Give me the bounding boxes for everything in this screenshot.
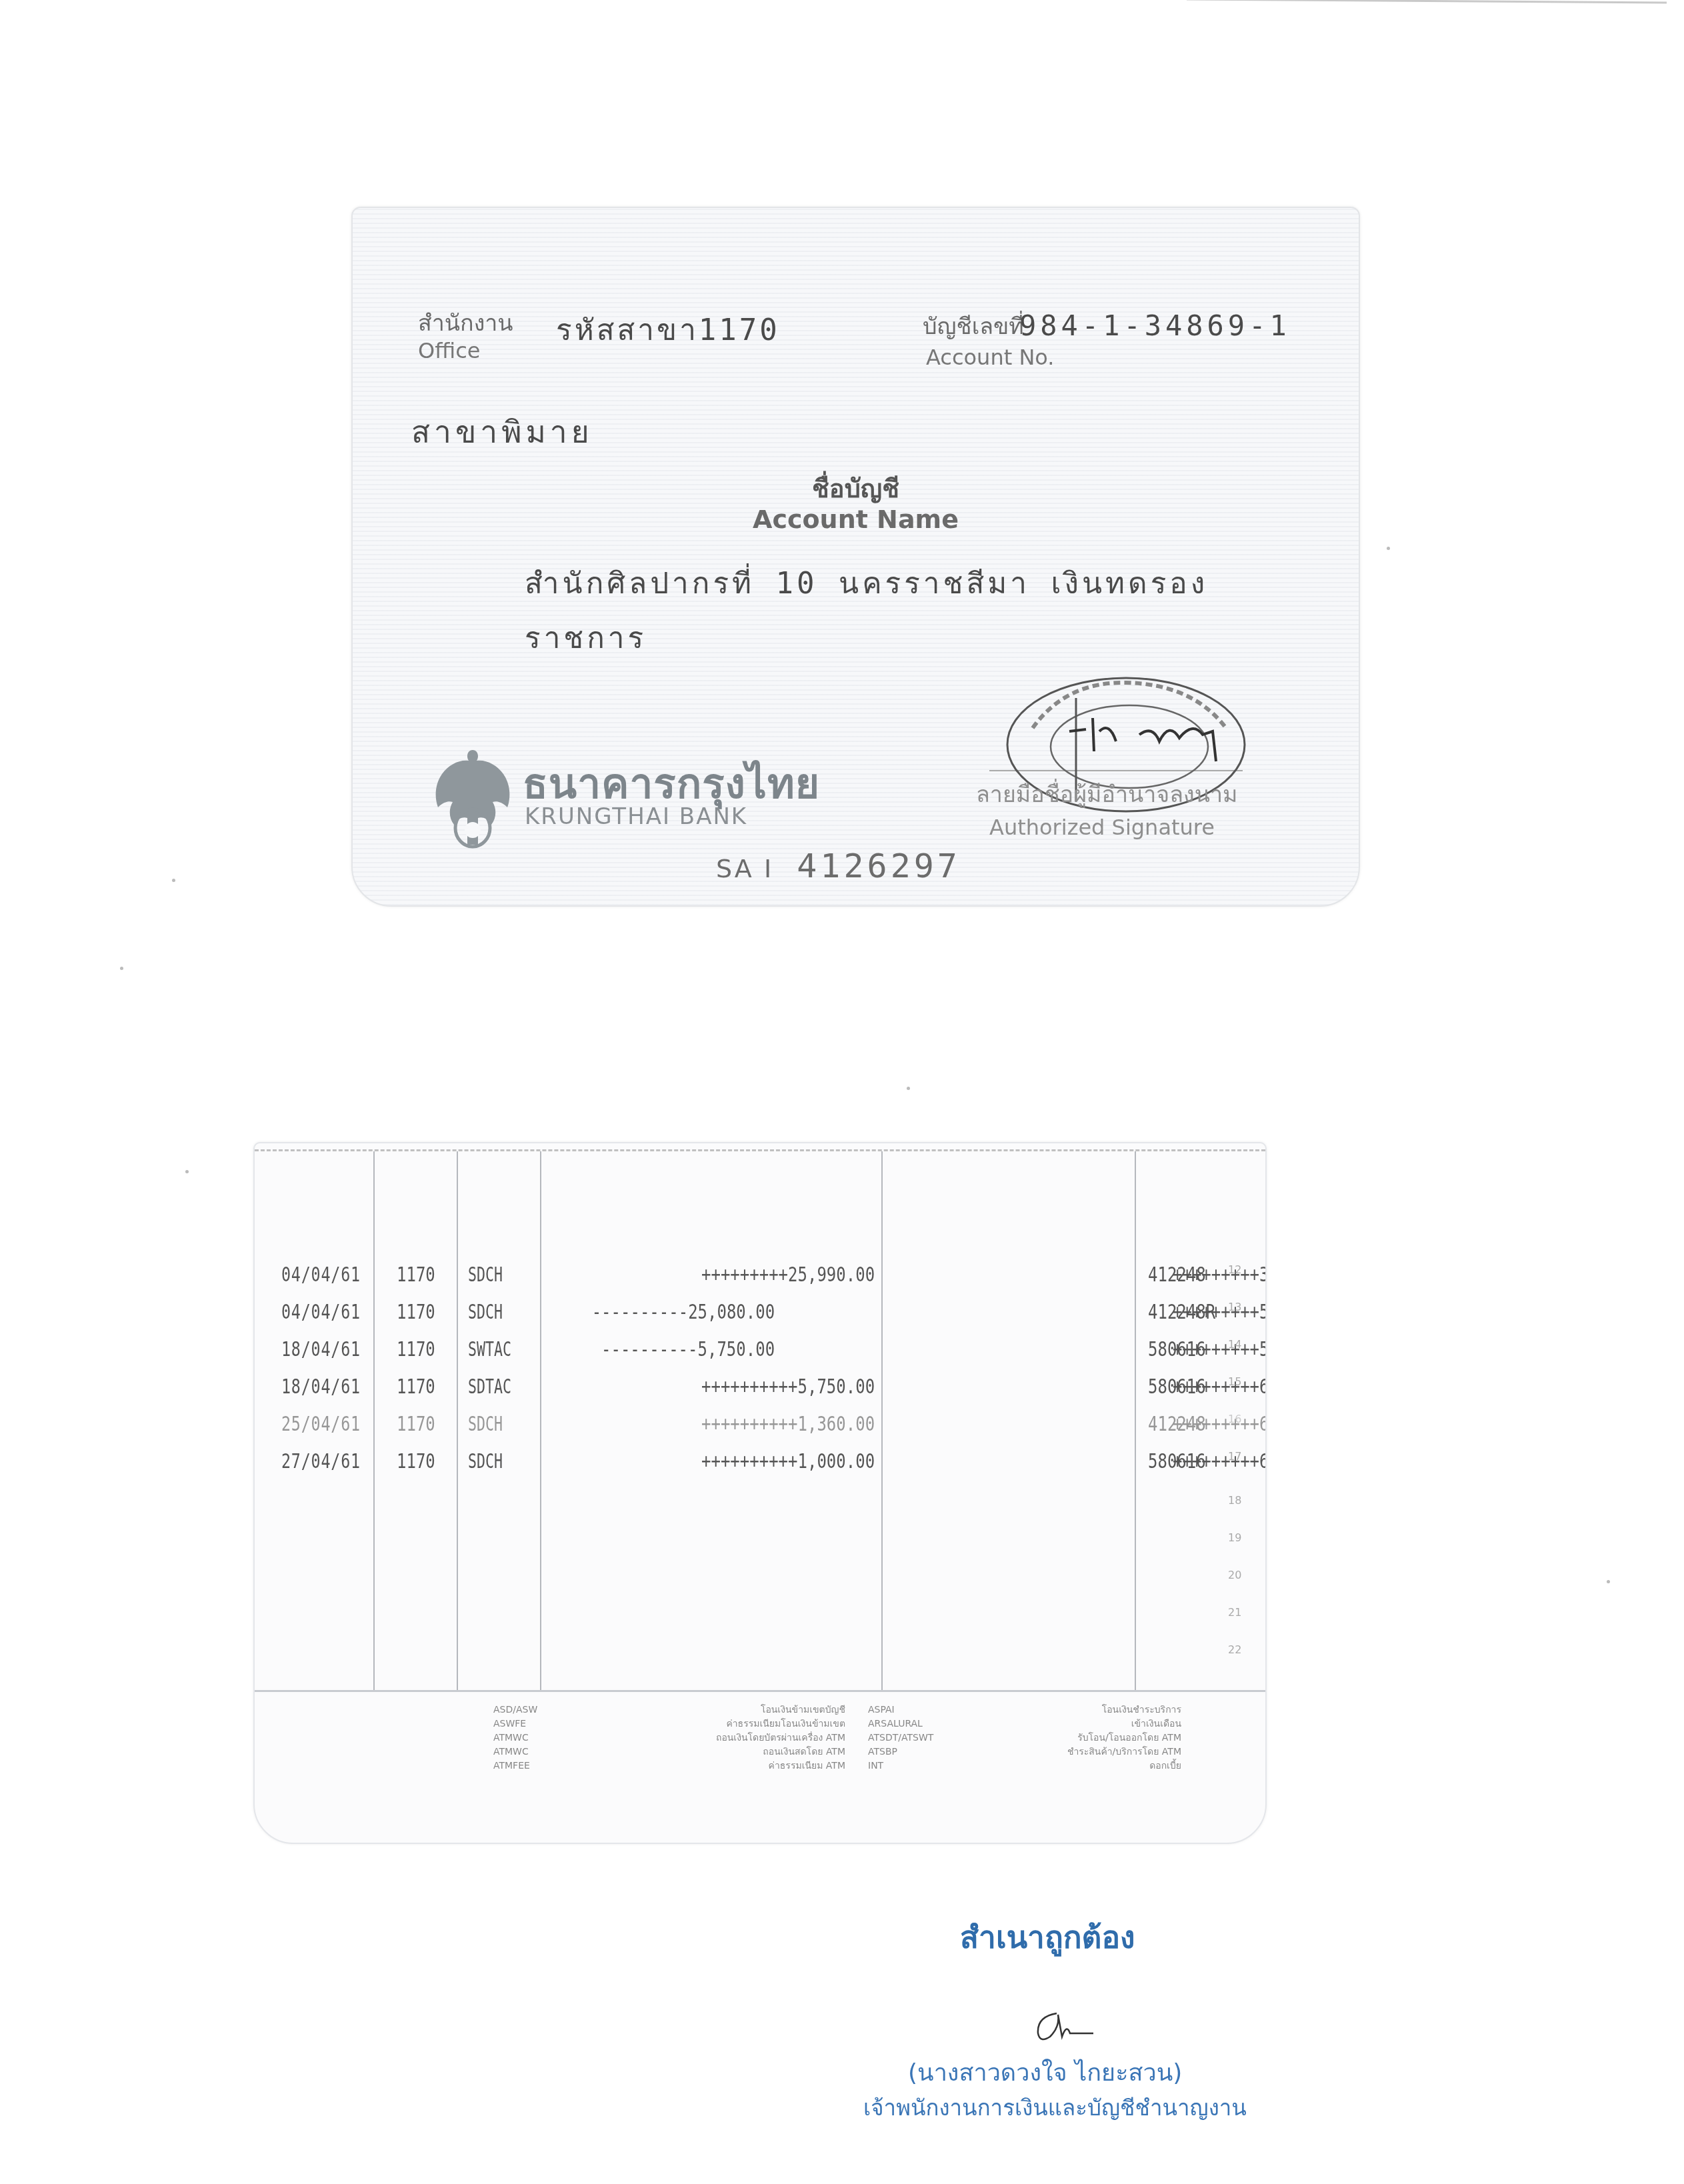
perforated-edge xyxy=(255,1143,1265,1151)
passbook-transaction-page: 04/04/611170SDCH+++++++++25,990.00++++++… xyxy=(253,1142,1267,1844)
txn-deposit xyxy=(541,1301,875,1324)
txn-branch: 1170 xyxy=(397,1263,445,1287)
footer-rule xyxy=(255,1690,1265,1692)
txn-code: SDTAC xyxy=(468,1375,516,1399)
line-number: 20 xyxy=(1228,1569,1255,1581)
legend-code: ATMWC xyxy=(493,1745,580,1759)
scan-edge-line xyxy=(1187,0,1667,4)
account-name-label-en: Account Name xyxy=(353,505,1359,534)
table-row: 18/04/611170SWTAC----------5,750.00+++++… xyxy=(255,1338,1265,1375)
legend-code: ASWFE xyxy=(493,1717,580,1731)
line-number: 21 xyxy=(1228,1606,1255,1619)
txn-line-number: 12 xyxy=(1228,1263,1255,1276)
legend-description: โอนเงินชำระบริการ xyxy=(981,1703,1181,1717)
table-row: 25/04/611170SDCH++++++++++1,360.00++++++… xyxy=(255,1413,1265,1450)
office-label-en: Office xyxy=(418,338,480,363)
txn-code: SDCH xyxy=(468,1450,516,1473)
legend-description: ถอนเงินโดยบัตรผ่านเครื่อง ATM xyxy=(593,1731,845,1745)
account-name-line2: ราชการ xyxy=(525,615,647,661)
txn-date: 04/04/61 xyxy=(281,1301,359,1324)
txn-deposit: ++++++++++1,360.00 xyxy=(541,1413,875,1436)
legend-description: ชำระสินค้า/บริการโดย ATM xyxy=(981,1745,1181,1759)
serial-prefix: SA I xyxy=(716,854,773,883)
account-number: 984-1-34869-1 xyxy=(1019,309,1291,342)
legend-code: ATMWC xyxy=(493,1731,580,1745)
txn-branch: 1170 xyxy=(397,1450,445,1473)
account-name-line1: สำนักศิลปากรที่ 10 นครราชสีมา เงินทดรอง xyxy=(525,560,1208,607)
txn-date: 27/04/61 xyxy=(281,1450,359,1473)
txn-deposit: +++++++++25,990.00 xyxy=(541,1263,875,1287)
txn-branch: 1170 xyxy=(397,1338,445,1361)
txn-code: SDCH xyxy=(468,1413,516,1436)
line-number: 19 xyxy=(1228,1531,1255,1544)
txn-deposit: ++++++++++5,750.00 xyxy=(541,1375,875,1399)
legend-description: รับโอน/โอนออกโดย ATM xyxy=(981,1731,1181,1745)
account-no-label-th: บัญชีเลขที่ xyxy=(923,308,1024,344)
legend-code: INT xyxy=(868,1759,975,1773)
txn-line-number: 17 xyxy=(1228,1450,1255,1463)
txn-teller: 412248 xyxy=(1148,1413,1223,1436)
serial-number: 4126297 xyxy=(797,847,961,885)
scan-speck xyxy=(907,1087,910,1090)
legend-description: โอนเงินข้ามเขตบัญชี xyxy=(593,1703,845,1717)
legend-description: ค่าธรรมเนียมโอนเงินข้ามเขต xyxy=(593,1717,845,1731)
txn-code: SDCH xyxy=(468,1263,516,1287)
txn-date: 18/04/61 xyxy=(281,1375,359,1399)
txn-line-number: 16 xyxy=(1228,1413,1255,1425)
certifier-position: เจ้าพนักงานการเงินและบัญชีชำนาญงาน xyxy=(863,2090,1247,2125)
passbook-serial: SA I 4126297 xyxy=(716,847,961,885)
certified-copy-title: สำเนาถูกต้อง xyxy=(960,1913,1135,1962)
passbook-cover: สำนักงาน Office รหัสสาขา1170 บัญชีเลขที่… xyxy=(351,207,1360,907)
txn-date: 18/04/61 xyxy=(281,1338,359,1361)
account-no-label-en: Account No. xyxy=(926,345,1055,370)
txn-branch: 1170 xyxy=(397,1413,445,1436)
txn-date: 25/04/61 xyxy=(281,1413,359,1436)
txn-line-number: 13 xyxy=(1228,1301,1255,1313)
txn-date: 04/04/61 xyxy=(281,1263,359,1287)
legend-code: ARSALURAL xyxy=(868,1717,975,1731)
table-row: 18/04/611170SDTAC++++++++++5,750.00+++++… xyxy=(255,1375,1265,1413)
txn-teller: 412248R xyxy=(1148,1301,1223,1324)
legend-description: ถอนเงินสดโดย ATM xyxy=(593,1745,845,1759)
scan-speck xyxy=(185,1170,189,1173)
legend-description: ค่าธรรมเนียม ATM xyxy=(593,1759,845,1773)
account-name-label-th: ชื่อบัญชี xyxy=(353,468,1359,509)
handwritten-signature-icon xyxy=(1030,2007,1097,2047)
txn-deposit-text: +++++++++25,990.00 xyxy=(701,1263,875,1287)
certifier-name: (นางสาวดวงใจ ไกยะสวน) xyxy=(908,2053,1182,2091)
txn-line-number: 15 xyxy=(1228,1375,1255,1388)
txn-branch: 1170 xyxy=(397,1375,445,1399)
txn-branch: 1170 xyxy=(397,1301,445,1324)
scan-speck xyxy=(120,967,123,970)
line-number: 18 xyxy=(1228,1494,1255,1507)
txn-teller: 580616 xyxy=(1148,1450,1223,1473)
legend-code: ATSDT/ATSWT xyxy=(868,1731,975,1745)
scan-speck xyxy=(1607,1580,1610,1583)
txn-teller: 412248 xyxy=(1148,1263,1223,1287)
bank-name-en: KRUNGTHAI BANK xyxy=(525,803,747,830)
scan-speck xyxy=(1387,547,1390,550)
legend-code: ASD/ASW xyxy=(493,1703,580,1717)
legend-description: ดอกเบี้ย xyxy=(981,1759,1181,1773)
legend-code: ATMFEE xyxy=(493,1759,580,1773)
table-row: 04/04/611170SDCH+++++++++25,990.00++++++… xyxy=(255,1263,1265,1301)
txn-teller: 580616 xyxy=(1148,1375,1223,1399)
office-label-th: สำนักงาน xyxy=(418,305,513,341)
authorized-label-en: Authorized Signature xyxy=(989,815,1215,840)
legend-code: ASPAI xyxy=(868,1703,975,1717)
txn-deposit-text: ++++++++++5,750.00 xyxy=(701,1375,875,1399)
legend-code: ATSBP xyxy=(868,1745,975,1759)
txn-deposit: ++++++++++1,000.00 xyxy=(541,1450,875,1473)
krungthai-garuda-logo-icon xyxy=(426,745,519,851)
legend-description: เข้าเงินเดือน xyxy=(981,1717,1181,1731)
txn-deposit xyxy=(541,1338,875,1361)
line-number: 22 xyxy=(1228,1643,1255,1656)
txn-deposit-text: ++++++++++1,000.00 xyxy=(701,1450,875,1473)
branch-code: รหัสสาขา1170 xyxy=(556,307,780,353)
authorized-label-th: ลายมือชื่อผู้มีอำนาจลงนาม xyxy=(976,776,1237,812)
txn-deposit-text: ++++++++++1,360.00 xyxy=(701,1413,875,1436)
txn-line-number: 14 xyxy=(1228,1338,1255,1351)
branch-name: สาขาพิมาย xyxy=(411,408,593,457)
txn-teller: 580616 xyxy=(1148,1338,1223,1361)
scan-speck xyxy=(172,879,175,882)
txn-code: SWTAC xyxy=(468,1338,516,1361)
table-row: 04/04/611170SDCH----------25,080.00+++++… xyxy=(255,1301,1265,1338)
table-row: 27/04/611170SDCH++++++++++1,000.00++++++… xyxy=(255,1450,1265,1487)
txn-code: SDCH xyxy=(468,1301,516,1324)
